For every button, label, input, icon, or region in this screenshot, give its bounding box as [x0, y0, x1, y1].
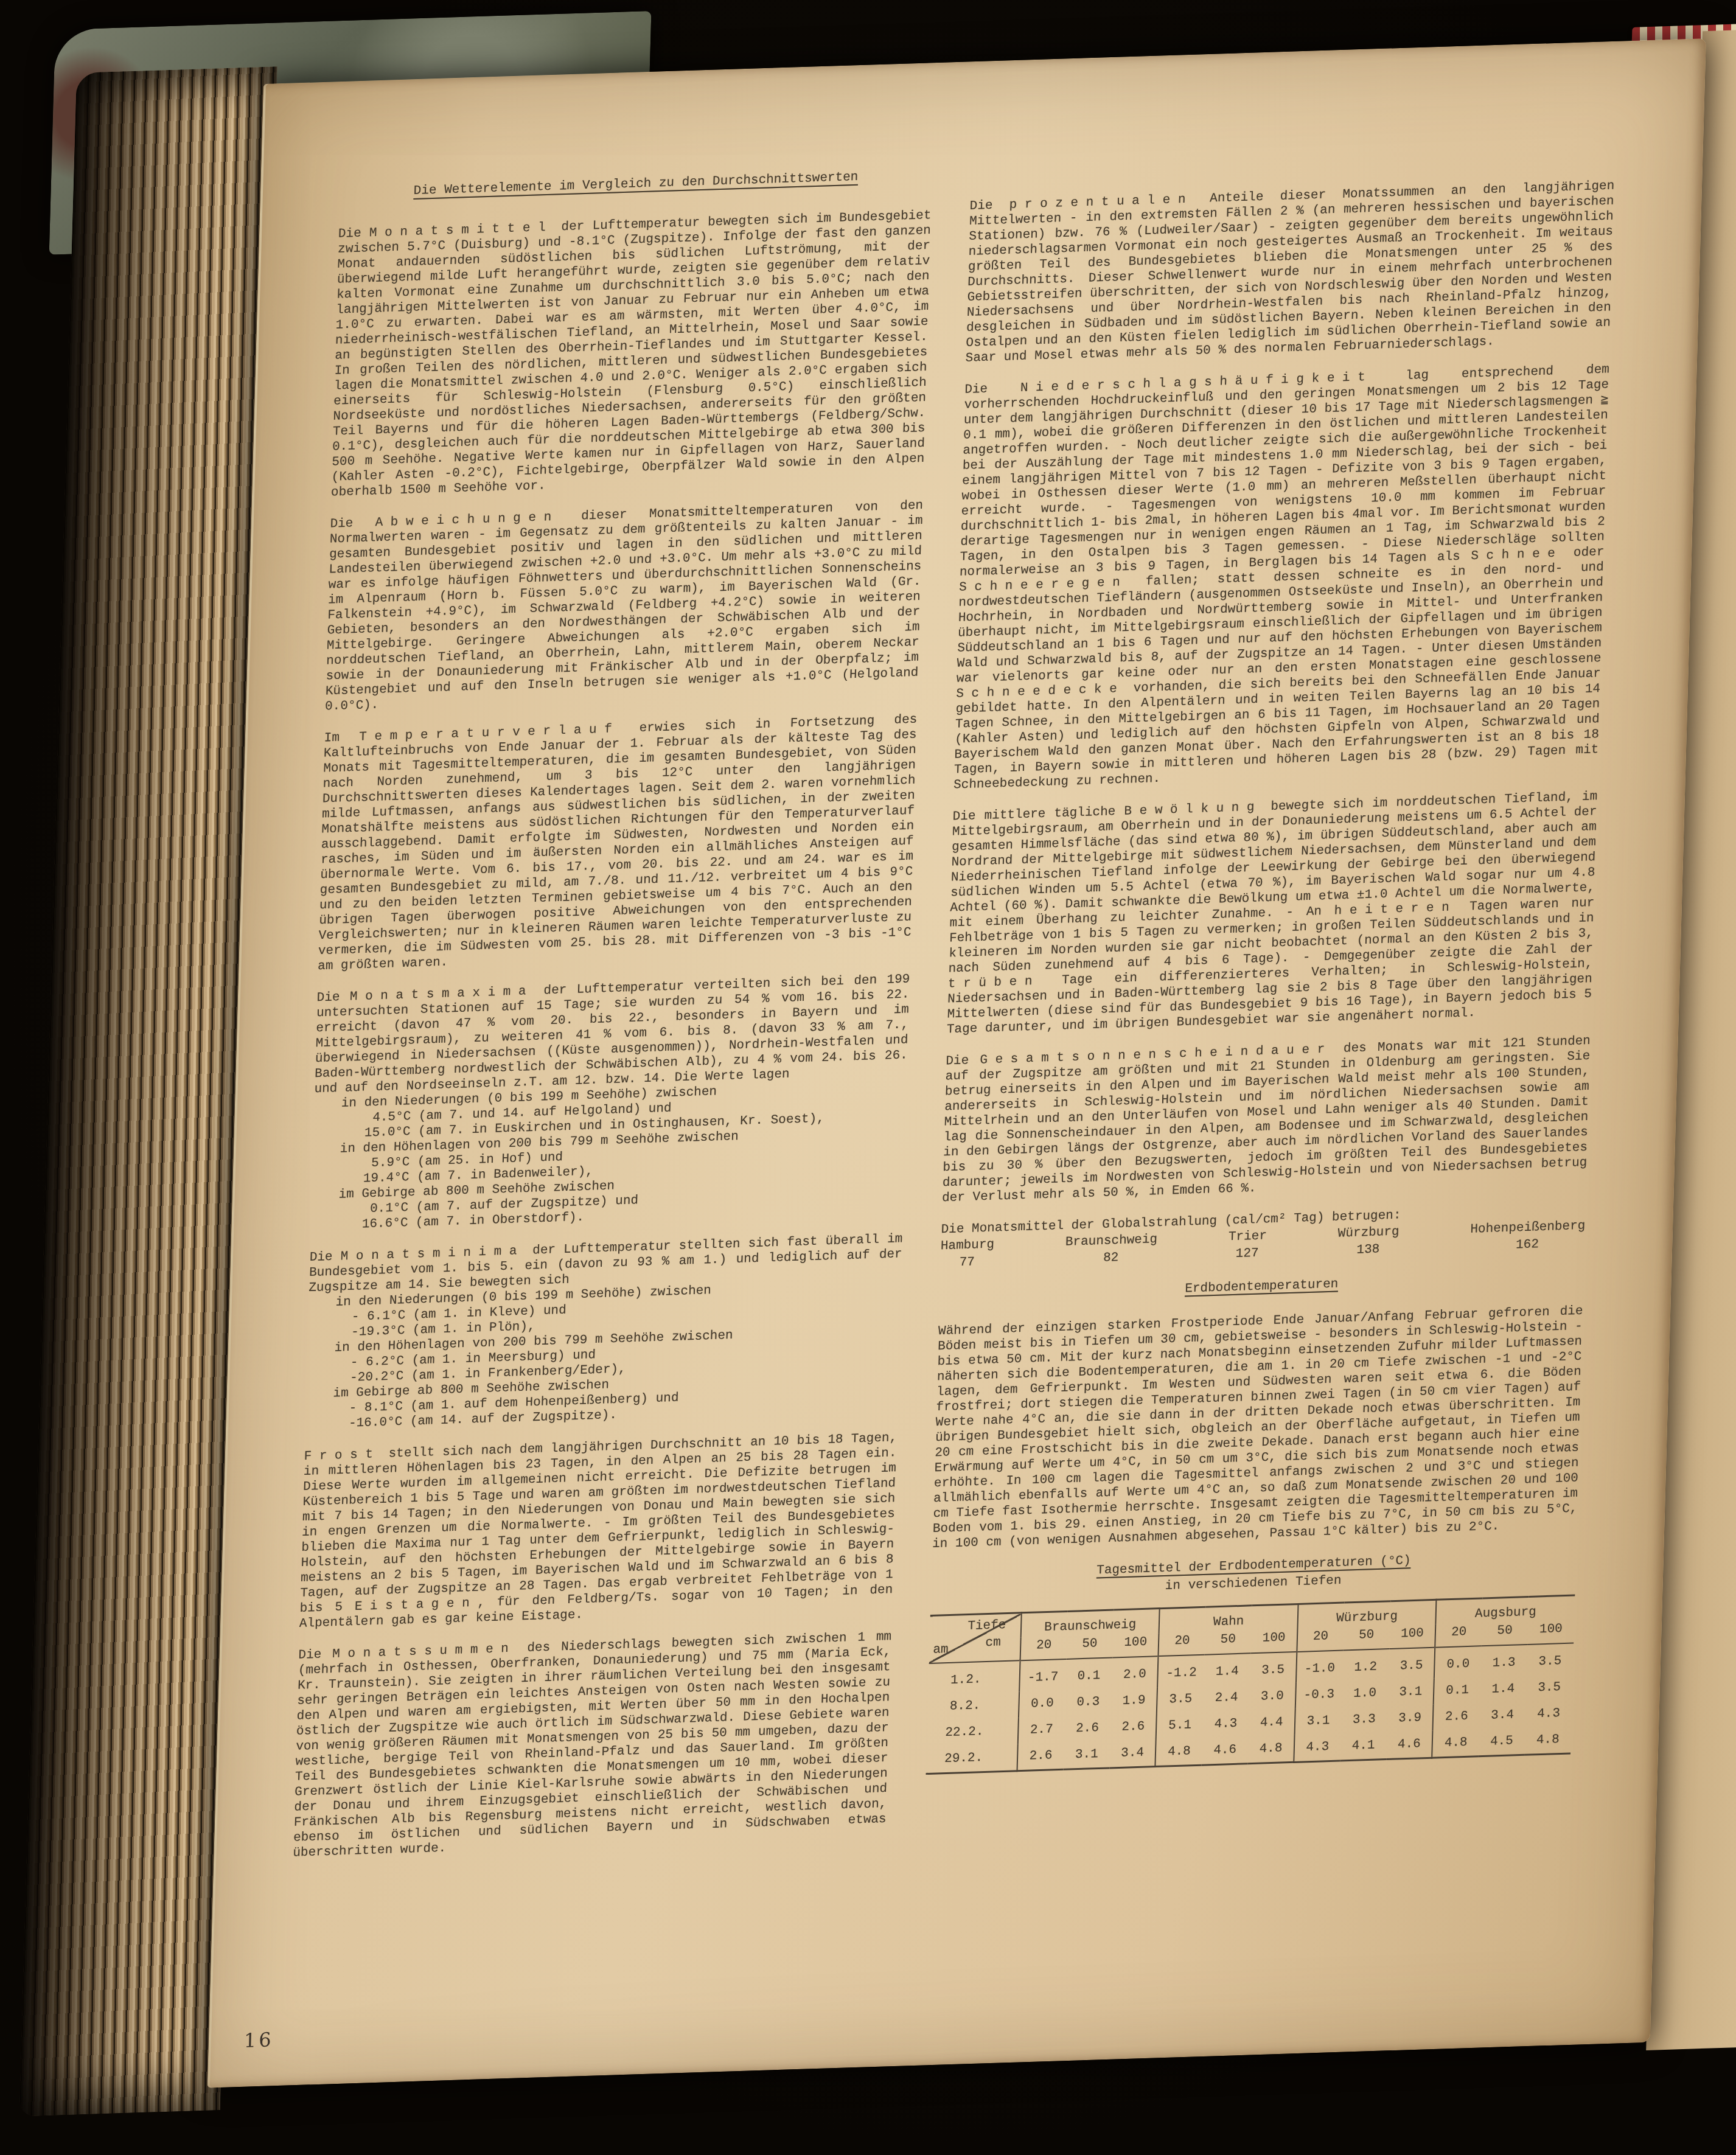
- value-cell: 3.5: [1157, 1686, 1204, 1713]
- right-column: Die prozentualen Anteile dieser Monatssu…: [926, 179, 1615, 1775]
- value-cell: 1.4: [1480, 1676, 1527, 1703]
- text-run: oder: [1563, 545, 1605, 560]
- value-cell: 3.5: [1388, 1648, 1435, 1680]
- text-run: dieser Monatsmitteltemperaturen von den …: [325, 499, 924, 714]
- station-name: Würzburg: [1337, 1224, 1399, 1241]
- text-run: Die: [316, 990, 350, 1006]
- station-name: Hamburg: [941, 1238, 995, 1255]
- text-run: Die: [309, 1250, 341, 1265]
- value-cell: 4.8: [1432, 1729, 1479, 1758]
- value-cell: -0.3: [1295, 1682, 1342, 1709]
- value-cell: 2.4: [1203, 1684, 1250, 1711]
- value-cell: 4.8: [1156, 1738, 1202, 1767]
- value-cell: 3.1: [1294, 1707, 1341, 1735]
- value-cell: 4.5: [1478, 1728, 1525, 1756]
- value-cell: 3.9: [1387, 1705, 1434, 1732]
- depth-header: 20: [1297, 1628, 1344, 1652]
- value-cell: 4.4: [1249, 1709, 1295, 1736]
- station-value: 82: [1065, 1249, 1157, 1267]
- value-cell: 4.3: [1202, 1710, 1249, 1738]
- text-run: Im: [324, 731, 359, 746]
- value-cell: 4.6: [1202, 1736, 1249, 1765]
- table-corner-cell: Tiefecmam: [929, 1613, 1022, 1663]
- value-cell: 3.3: [1340, 1706, 1387, 1733]
- value-cell: 3.4: [1479, 1702, 1526, 1729]
- value-cell: -1.2: [1158, 1655, 1205, 1687]
- value-cell: 1.4: [1204, 1653, 1250, 1685]
- value-cell: -1.0: [1296, 1651, 1343, 1683]
- depth-header: 20: [1159, 1632, 1205, 1656]
- value-cell: -1.7: [1019, 1659, 1066, 1691]
- station-name: Hohenpeißenberg: [1470, 1219, 1586, 1238]
- paragraph-sonnenscheindauer: Die Gesamtsonnenscheindauer des Monats w…: [942, 1034, 1591, 1206]
- radiation-station: Trier127: [1228, 1228, 1267, 1262]
- radiation-station: Braunschweig82: [1065, 1232, 1158, 1267]
- station-name: Braunschweig: [1065, 1232, 1158, 1250]
- paragraph-monatsmittel: Die Monatsmittel der Lufttemperatur bewe…: [331, 208, 932, 501]
- value-cell: 3.4: [1109, 1739, 1156, 1768]
- date-cell: 8.2.: [927, 1691, 1019, 1721]
- value-cell: 4.8: [1247, 1735, 1294, 1764]
- radiation-station: Hamburg77: [940, 1238, 995, 1272]
- depth-header: 100: [1112, 1633, 1159, 1657]
- value-cell: 3.5: [1527, 1643, 1574, 1676]
- date-cell: 22.2.: [927, 1718, 1019, 1747]
- text-run: Die: [946, 1054, 980, 1069]
- depth-header: 20: [1435, 1623, 1482, 1647]
- text-run: Die: [330, 516, 375, 531]
- text-run: Die: [338, 226, 370, 242]
- text-run: Die: [298, 1648, 332, 1663]
- depth-header: 20: [1020, 1636, 1067, 1660]
- emphasized-term: trüben: [948, 975, 1041, 992]
- paragraph-monatssummen: Die Monatssummen des Niederschlags beweg…: [293, 1629, 891, 1861]
- text-run: Die: [964, 381, 1020, 397]
- corner-label: am: [933, 1642, 949, 1658]
- depth-header: 50: [1481, 1621, 1528, 1646]
- depth-header: 100: [1251, 1629, 1298, 1653]
- value-cell: 2.6: [1110, 1713, 1157, 1741]
- value-cell: 2.6: [1064, 1715, 1111, 1742]
- paragraph-niederschlagshaeufigkeit: Die Niederschlagshäufigkeit lag entsprec…: [953, 362, 1609, 793]
- depth-header: 50: [1343, 1626, 1390, 1650]
- value-cell: 1.9: [1111, 1687, 1158, 1715]
- paragraph-abweichungen: Die Abweichungen dieser Monatsmitteltemp…: [325, 498, 924, 715]
- value-cell: 1.3: [1480, 1645, 1527, 1677]
- value-cell: 3.0: [1249, 1683, 1296, 1710]
- value-cell: 3.1: [1387, 1679, 1434, 1706]
- document-page: Die Wetterelemente im Vergleich zu den D…: [207, 38, 1706, 2088]
- section-title: Die Wetterelemente im Vergleich zu den D…: [339, 167, 932, 201]
- page-number: 16: [243, 2028, 274, 2052]
- value-cell: 4.3: [1294, 1733, 1340, 1762]
- corner-label: Tiefe: [967, 1618, 1006, 1634]
- book: Die Wetterelemente im Vergleich zu den D…: [207, 38, 1706, 2088]
- emphasized-term: Schnee: [1471, 546, 1563, 563]
- corner-label: cm: [985, 1635, 1001, 1651]
- radiation-station: Würzburg138: [1337, 1224, 1400, 1258]
- value-cell: 0.0: [1434, 1646, 1481, 1678]
- paragraph-frost: Frost stellt sich nach dem langjährigen …: [299, 1430, 898, 1632]
- value-cell: 2.6: [1433, 1703, 1480, 1730]
- depth-header: 50: [1205, 1630, 1252, 1654]
- photo-background: Die Wetterelemente im Vergleich zu den D…: [0, 0, 1736, 2155]
- date-cell: 1.2.: [928, 1660, 1020, 1694]
- depth-header: 100: [1389, 1624, 1436, 1649]
- value-cell: 5.1: [1156, 1712, 1203, 1739]
- depth-header: 100: [1527, 1620, 1574, 1645]
- value-cell: 2.6: [1017, 1742, 1064, 1771]
- station-name: Trier: [1229, 1228, 1267, 1245]
- maxima-value-list: in den Niederungen (0 bis 199 m Seehöhe)…: [310, 1078, 907, 1234]
- emphasized-term: Frost: [304, 1447, 381, 1464]
- heading-erdbodentemperaturen: Erdbodentemperaturen: [939, 1269, 1584, 1304]
- paragraph-bewoelkung: Die mittlere tägliche Bewölkung bewegte …: [946, 789, 1597, 1037]
- value-cell: 0.3: [1065, 1688, 1112, 1716]
- value-cell: 4.6: [1386, 1731, 1433, 1760]
- value-cell: 3.5: [1250, 1652, 1297, 1684]
- value-cell: 3.5: [1526, 1674, 1573, 1702]
- depth-header: 50: [1066, 1635, 1113, 1659]
- station-value: 138: [1337, 1241, 1399, 1258]
- minima-value-list: in den Niederungen (0 bis 199 m Seehöhe)…: [305, 1277, 902, 1433]
- value-cell: 4.8: [1524, 1726, 1571, 1755]
- station-value: 127: [1228, 1245, 1267, 1262]
- value-cell: 2.0: [1112, 1656, 1159, 1688]
- paragraph-prozentuale-anteile: Die prozentualen Anteile dieser Monatssu…: [965, 179, 1614, 366]
- text-run: der Lufttemperatur bewegten sich im Bund…: [331, 209, 932, 500]
- soil-temperature-table: TiefecmamBraunschweigWahnWürzburgAugsbur…: [926, 1595, 1575, 1775]
- value-cell: 4.1: [1340, 1732, 1387, 1761]
- value-cell: 0.1: [1065, 1658, 1112, 1690]
- value-cell: 4.3: [1525, 1701, 1572, 1728]
- station-value: 162: [1469, 1236, 1585, 1255]
- value-cell: 1.2: [1342, 1649, 1389, 1681]
- paragraph-frostperiode: Während der einzigen starken Frostperiod…: [932, 1304, 1583, 1552]
- radiation-station: Hohenpeißenberg162: [1469, 1219, 1585, 1255]
- value-cell: 3.1: [1063, 1741, 1110, 1769]
- text-run: des Niederschlags bewegten sich zwischen…: [293, 1630, 891, 1861]
- value-cell: 1.0: [1341, 1680, 1388, 1707]
- text-run: Die: [969, 198, 1009, 214]
- value-cell: 2.7: [1018, 1716, 1065, 1744]
- value-cell: 0.0: [1019, 1690, 1065, 1718]
- paragraph-monatsmaxima: Die Monatsmaxima der Lufttemperatur vert…: [314, 972, 910, 1097]
- date-cell: 29.2.: [926, 1744, 1018, 1774]
- paragraph-temperaturverlauf: Im Temperaturverlauf erwies sich in Fort…: [318, 712, 918, 975]
- text-run: Während der einzigen starken Frostperiod…: [932, 1304, 1583, 1551]
- station-value: 77: [940, 1255, 994, 1272]
- text-run: lag entsprechend dem vorherrschenden Hoc…: [960, 363, 1609, 579]
- left-column: Die Wetterelemente im Vergleich zu den D…: [292, 167, 932, 1878]
- value-cell: 0.1: [1434, 1677, 1480, 1704]
- text-run: erwies sich in Fortsetzung des Kaltlufte…: [318, 713, 918, 974]
